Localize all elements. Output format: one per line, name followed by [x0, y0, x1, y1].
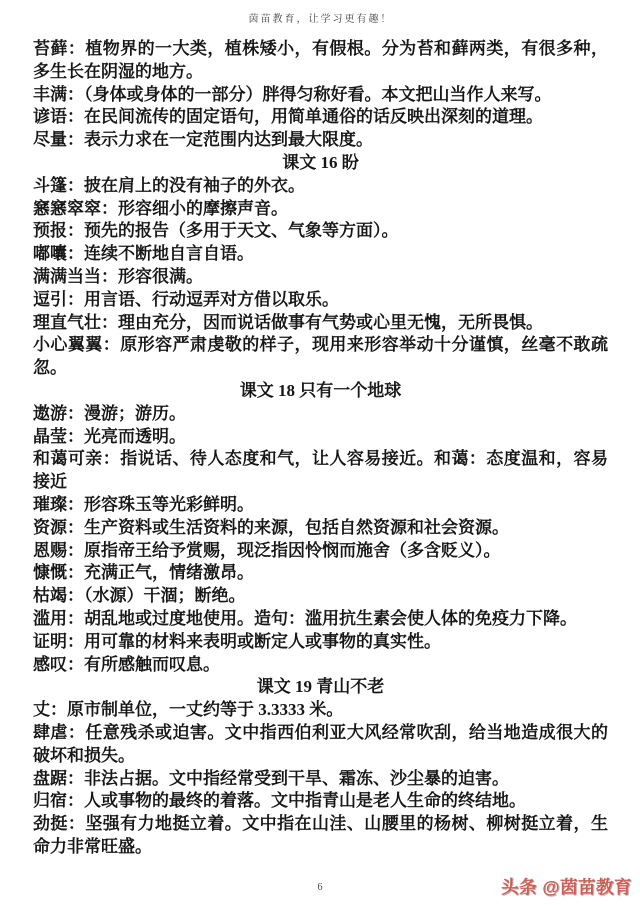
definition-text: 胡乱地或过度地使用。造句：滥用抗生素会使人体的免疫力下降。 — [84, 609, 577, 628]
term-separator: ： — [67, 221, 84, 240]
term: 和蔼可亲 — [33, 449, 103, 468]
definition-text: 充满正气，情绪激昂。 — [84, 563, 254, 582]
definition-entry: 丰满：（身体或身体的一部分）胖得匀称好看。本文把山当作人来写。 — [33, 84, 608, 107]
definition-entry: 劲挺：坚强有力地挺立着。文中指在山洼、山腰里的杨树、柳树挺立着，生命力非常旺盛。 — [33, 813, 608, 859]
definition-entry: 恩赐：原指帝王给予赏赐，现泛指因怜悯而施舍（多含贬义）。 — [33, 540, 608, 563]
definition-text: 预先的报告（多用于天文、气象等方面）。 — [84, 221, 399, 240]
term-separator: ： — [67, 769, 84, 788]
header-slogan: 茵苗教育，让学习更有趣！ — [33, 10, 608, 25]
document-page: 茵苗教育，让学习更有趣！ 苔藓：植物界的一大类，植株矮小，有假根。分为苔和藓两类… — [0, 0, 640, 905]
definition-text: 原指帝王给予赏赐，现泛指因怜悯而施舍（多含贬义）。 — [84, 541, 501, 560]
definition-entry: 慷慨：充满正气，情绪激昂。 — [33, 562, 608, 585]
definition-entry: 滥用：胡乱地或过度地使用。造句：滥用抗生素会使人体的免疫力下降。 — [33, 608, 608, 631]
definition-text: （水源）干涸；断绝。 — [84, 586, 246, 605]
definition-text: 漫游；游历。 — [84, 404, 186, 423]
term-separator: ： — [68, 39, 85, 58]
term-separator: ： — [67, 244, 84, 263]
term: 璀璨 — [33, 495, 67, 514]
term: 遨游 — [33, 404, 67, 423]
definition-entry: 晶莹：光亮而透明。 — [33, 426, 608, 449]
term-separator: ： — [101, 199, 118, 218]
term-separator: ： — [67, 404, 84, 423]
definition-text: 表示力求在一定范围内达到最大限度。 — [84, 130, 373, 149]
term: 丈 — [33, 700, 50, 719]
definition-text: （身体或身体的一部分）胖得匀称好看。本文把山当作人来写。 — [84, 85, 552, 104]
term: 理直气壮 — [33, 313, 101, 332]
definition-entry: 斗篷：披在肩上的没有袖子的外衣。 — [33, 175, 608, 198]
term: 尽量 — [33, 130, 67, 149]
definition-text: 形容珠玉等光彩鲜明。 — [84, 495, 254, 514]
definition-entry: 尽量：表示力求在一定范围内达到最大限度。 — [33, 129, 608, 152]
definition-entry: 盘踞：非法占据。文中指经常受到干旱、霜冻、沙尘暴的迫害。 — [33, 768, 608, 791]
term-separator: ： — [67, 609, 84, 628]
term: 谚语 — [33, 107, 67, 126]
definition-text: 形容很满。 — [118, 267, 203, 286]
term: 小心翼翼 — [33, 335, 103, 354]
definition-text: 形容细小的摩擦声音。 — [118, 199, 288, 218]
term: 嘟囔 — [33, 244, 67, 263]
definition-text: 原形容严肃虔敬的样子，现用来形容举动十分谨慎，丝毫不敢疏忽。 — [33, 335, 608, 377]
definition-entry: 资源：生产资料或生活资料的来源，包括自然资源和社会资源。 — [33, 517, 608, 540]
term: 盘踞 — [33, 769, 67, 788]
definition-entry: 肆虐：任意残杀或迫害。文中指西伯利亚大风经常吹刮，给当地造成很大的破坏和损失。 — [33, 722, 608, 768]
term: 晶莹 — [33, 427, 67, 446]
definition-entry: 遨游：漫游；游历。 — [33, 403, 608, 426]
term-separator: ： — [103, 449, 120, 468]
definition-text: 披在肩上的没有袖子的外衣。 — [84, 176, 305, 195]
lesson-heading: 课文 16 盼 — [33, 152, 608, 175]
definition-text: 非法占据。文中指经常受到干旱、霜冻、沙尘暴的迫害。 — [84, 769, 509, 788]
term-separator: ： — [67, 495, 84, 514]
definition-text: 生产资料或生活资料的来源，包括自然资源和社会资源。 — [84, 518, 509, 537]
lesson-heading: 课文 18 只有一个地球 — [33, 380, 608, 403]
term: 丰满 — [33, 85, 67, 104]
term: 枯竭 — [33, 586, 67, 605]
definitions-content: 苔藓：植物界的一大类，植株矮小，有假根。分为苔和藓两类，有很多种，多生长在阴湿的… — [33, 38, 608, 859]
term: 苔藓 — [33, 39, 68, 58]
definition-text: 连续不断地自言自语。 — [84, 244, 254, 263]
definition-entry: 预报：预先的报告（多用于天文、气象等方面）。 — [33, 220, 608, 243]
definition-entry: 和蔼可亲：指说话、待人态度和气，让人容易接近。和蔼：态度温和，容易接近 — [33, 448, 608, 494]
lesson-heading: 课文 19 青山不老 — [33, 676, 608, 699]
definition-entry: 归宿：人或事物的最终的着落。文中指青山是老人生命的终结地。 — [33, 790, 608, 813]
definition-text: 用可靠的材料来表明或断定人或事物的真实性。 — [84, 632, 441, 651]
term: 慷慨 — [33, 563, 67, 582]
definition-text: 指说话、待人态度和气，让人容易接近。和蔼：态度温和，容易接近 — [33, 449, 608, 491]
term-separator: ： — [68, 814, 85, 833]
term-separator: ： — [67, 632, 84, 651]
definition-entry: 满满当当：形容很满。 — [33, 266, 608, 289]
term: 斗篷 — [33, 176, 67, 195]
definition-entry: 感叹：有所感触而叹息。 — [33, 654, 608, 677]
term: 逗引 — [33, 290, 67, 309]
term: 滥用 — [33, 609, 67, 628]
definition-entry: 小心翼翼：原形容严肃虔敬的样子，现用来形容举动十分谨慎，丝毫不敢疏忽。 — [33, 334, 608, 380]
term: 肆虐 — [33, 723, 68, 742]
definition-entry: 谚语：在民间流传的固定语句，用简单通俗的话反映出深刻的道理。 — [33, 106, 608, 129]
term: 满满当当 — [33, 267, 101, 286]
term-separator: ： — [67, 791, 84, 810]
term-separator: ： — [67, 176, 84, 195]
definition-entry: 璀璨：形容珠玉等光彩鲜明。 — [33, 494, 608, 517]
definition-entry: 证明：用可靠的材料来表明或断定人或事物的真实性。 — [33, 631, 608, 654]
term: 劲挺 — [33, 814, 68, 833]
definition-entry: 窸窸窣窣：形容细小的摩擦声音。 — [33, 198, 608, 221]
term-separator: ： — [68, 723, 85, 742]
term: 预报 — [33, 221, 67, 240]
term-separator: ： — [67, 563, 84, 582]
term-separator: ： — [67, 586, 84, 605]
term-separator: ： — [101, 313, 118, 332]
term: 资源 — [33, 518, 67, 537]
definition-entry: 嘟囔：连续不断地自言自语。 — [33, 243, 608, 266]
term-separator: ： — [67, 290, 84, 309]
term-separator: ： — [103, 335, 120, 354]
term-separator: ： — [50, 700, 67, 719]
term-separator: ： — [67, 541, 84, 560]
term: 感叹 — [33, 655, 67, 674]
definition-text: 光亮而透明。 — [84, 427, 186, 446]
definition-text: 坚强有力地挺立着。文中指在山洼、山腰里的杨树、柳树挺立着，生命力非常旺盛。 — [33, 814, 608, 856]
term-separator: ： — [67, 427, 84, 446]
definition-text: 在民间流传的固定语句，用简单通俗的话反映出深刻的道理。 — [84, 107, 543, 126]
term-separator: ： — [101, 267, 118, 286]
term: 归宿 — [33, 791, 67, 810]
term: 窸窸窣窣 — [33, 199, 101, 218]
term: 证明 — [33, 632, 67, 651]
definition-text: 人或事物的最终的着落。文中指青山是老人生命的终结地。 — [84, 791, 526, 810]
term-separator: ： — [67, 107, 84, 126]
definition-entry: 枯竭：（水源）干涸；断绝。 — [33, 585, 608, 608]
definition-text: 任意残杀或迫害。文中指西伯利亚大风经常吹刮，给当地造成很大的破坏和损失。 — [33, 723, 608, 765]
term-separator: ： — [67, 130, 84, 149]
definition-entry: 逗引：用言语、行动逗弄对方借以取乐。 — [33, 289, 608, 312]
term-separator: ： — [67, 655, 84, 674]
definition-text: 原市制单位，一丈约等于 3.3333 米。 — [67, 700, 343, 719]
toutiao-watermark: 头条 @茵苗教育 — [501, 874, 632, 899]
term-separator: ： — [67, 518, 84, 537]
term-separator: ： — [67, 85, 84, 104]
definition-entry: 苔藓：植物界的一大类，植株矮小，有假根。分为苔和藓两类，有很多种，多生长在阴湿的… — [33, 38, 608, 84]
definition-entry: 丈：原市制单位，一丈约等于 3.3333 米。 — [33, 699, 608, 722]
definition-text: 用言语、行动逗弄对方借以取乐。 — [84, 290, 339, 309]
definition-text: 有所感触而叹息。 — [84, 655, 220, 674]
definition-text: 理由充分，因而说话做事有气势或心里无愧，无所畏惧。 — [118, 313, 543, 332]
term: 恩赐 — [33, 541, 67, 560]
definition-text: 植物界的一大类，植株矮小，有假根。分为苔和藓两类，有很多种，多生长在阴湿的地方。 — [33, 39, 608, 81]
definition-entry: 理直气壮：理由充分，因而说话做事有气势或心里无愧，无所畏惧。 — [33, 312, 608, 335]
